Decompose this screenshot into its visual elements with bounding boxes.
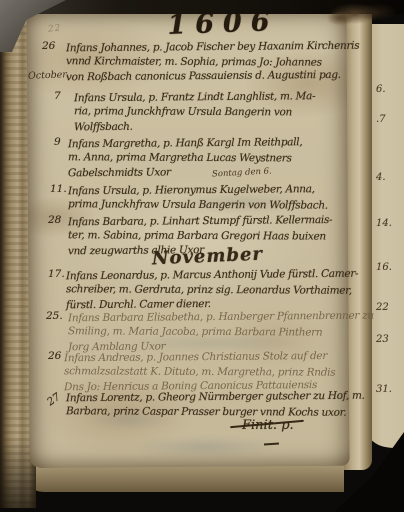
handwritten-line: Infans Johannes, p. Jacob Fischer bey Ha… [66, 39, 358, 56]
register-entry: 26October.Infans Johannes, p. Jacob Fisc… [66, 40, 358, 84]
handwritten-line: Infans Andreas, p. Joannes Christianus S… [64, 349, 356, 366]
next-page-margin-number: 31. [376, 384, 392, 395]
register-entry: 17.Infans Leonardus, p. Marcus Anthonij … [66, 268, 358, 312]
next-page-margin-number: 23 [376, 334, 389, 345]
entry-lines: Infans Barbara Elisabetha, p. Hanberger … [68, 310, 360, 354]
handwritten-line: Wolffsbach. [74, 118, 366, 135]
register-entry: 7Infans Ursula, p. Frantz Lindt Langhlis… [74, 90, 366, 134]
handwritten-line: Infans Ursula, p. Hieronymus Kugelweber,… [68, 182, 360, 199]
next-page-edge: 6..74.14.16.222331. [368, 24, 404, 448]
entry-lines: Infans Leonardus, p. Marcus Anthonij Vud… [66, 268, 358, 312]
next-page-margin-number: 14. [376, 218, 392, 229]
entry-lines: Infans Ursula, p. Frantz Lindt Langhlist… [74, 90, 366, 134]
next-page-margin-number: 22 [376, 302, 389, 313]
folio-pencil-number: 22 [48, 23, 62, 34]
entry-margin-date: 26 [42, 40, 68, 52]
entry-lines: Infans Ursula, p. Hieronymus Kugelweber,… [68, 183, 360, 212]
entry-lines: Infans Johannes, p. Jacob Fischer bey Ha… [66, 40, 358, 84]
signature-dash [264, 442, 279, 445]
handwritten-line: prima Junckhfraw Ursula Bangerin von Wol… [68, 197, 360, 213]
register-entry: 11.Infans Ursula, p. Hieronymus Kugelweb… [68, 183, 360, 212]
register-entry: 26Infans Andreas, p. Joannes Christianus… [64, 350, 356, 394]
register-entry: 25.Infans Barbara Elisabetha, p. Hanberg… [68, 310, 360, 354]
margin-month-label: October. [28, 69, 69, 81]
handwritten-line: Infans Leonardus, p. Marcus Anthonij Vud… [66, 267, 358, 284]
next-page-margin-number: 4. [376, 172, 386, 183]
manuscript-scan: 6..74.14.16.222331. 22 1606 26October.In… [0, 0, 404, 512]
entry-lines: Infans Lorentz, p. Gheorg Nürmberger gut… [66, 390, 358, 419]
damage-stain [326, 0, 398, 30]
handwritten-line: Infans Margretha, p. Hanß Kargl Im Reith… [68, 135, 360, 152]
entry-lines: Infans Andreas, p. Joannes Christianus S… [64, 350, 356, 394]
closing-signature: Finit. p. [236, 416, 326, 450]
handwritten-line: von Roßbach canonicus Passauiensis d. Au… [66, 68, 358, 85]
next-page-margin-number: .7 [376, 114, 386, 125]
register-entry: 27Infans Lorentz, p. Gheorg Nürmberger g… [66, 390, 358, 419]
closing-mark: Finit. p. [242, 418, 294, 433]
handwritten-line: Infans Barbara Elisabetha, p. Hanberger … [68, 309, 360, 326]
handwritten-line: Infans Lorentz, p. Gheorg Nürmberger gut… [66, 389, 358, 406]
next-page-margin-number: 6. [376, 84, 386, 95]
handwritten-line: Infans Ursula, p. Frantz Lindt Langhlist… [74, 89, 366, 106]
handwritten-line: Infans Barbara, p. Linhart Stumpf fürstl… [68, 213, 360, 230]
next-page-margin-number: 16. [376, 262, 392, 273]
